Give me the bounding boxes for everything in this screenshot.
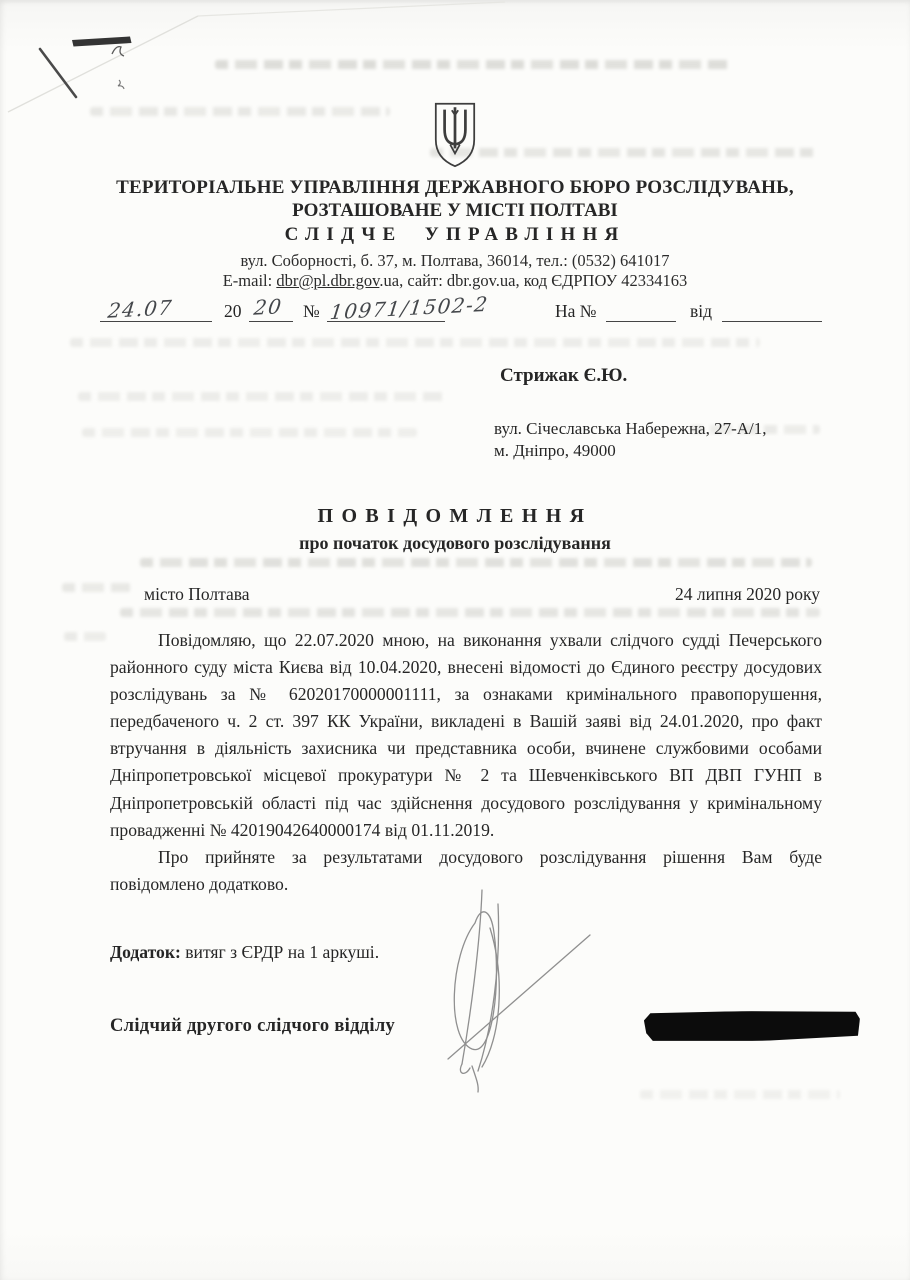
attachment-label: Додаток: [110, 942, 181, 962]
pen-check-mark [112, 47, 124, 56]
ghost-text-line [215, 60, 730, 69]
handwritten-signature [420, 888, 605, 1093]
org-name-line2: РОЗТАШОВАНЕ У МІСТІ ПОЛТАВІ [0, 199, 910, 222]
scan-edge-bar [72, 37, 132, 47]
incoming-date-label: від [690, 301, 712, 322]
incoming-number-label: На № [555, 301, 596, 322]
document-body: Повідомляю, що 22.07.2020 мною, на викон… [110, 627, 822, 898]
document-title: ПОВІДОМЛЕННЯ [0, 505, 910, 528]
attachment-text: витяг з ЄРДР на 1 аркуші. [181, 942, 379, 962]
ghost-text-line [90, 107, 390, 116]
ukraine-trident-emblem-icon [431, 95, 479, 175]
signer-title: Слідчий другого слідчого відділу [110, 1016, 395, 1037]
body-paragraph-1: Повідомляю, що 22.07.2020 мною, на викон… [110, 627, 822, 844]
reference-line: 24.07 20 20 № 10971/1502-2 На № від [100, 299, 840, 335]
ghost-text-line [140, 558, 812, 567]
recipient-address: вул. Січеславська Набережна, 27-А/1, м. … [494, 418, 767, 462]
ghost-text-line [120, 608, 820, 617]
handwritten-outgoing-number: 10971/1502-2 [329, 292, 491, 324]
place-date-row: місто Полтава 24 липня 2020 року [144, 584, 820, 605]
ghost-text-line [78, 392, 448, 401]
recipient-address-line1: вул. Січеславська Набережна, 27-А/1, [494, 418, 767, 440]
org-postal-address: вул. Соборності, б. 37, м. Полтава, 3601… [0, 251, 910, 270]
pen-speck [118, 80, 124, 89]
ghost-text-line [430, 148, 815, 157]
attachment-line: Додаток: витяг з ЄРДР на 1 аркуші. [110, 942, 379, 963]
site-and-code: .ua, сайт: dbr.gov.ua, код ЄДРПОУ 423341… [379, 271, 687, 290]
document-date: 24 липня 2020 року [675, 584, 820, 605]
ghost-text-line [640, 1090, 840, 1099]
paper-crease-line [8, 16, 198, 112]
handwritten-date: 24.07 [107, 295, 175, 323]
handwritten-year: 20 [253, 294, 284, 320]
paper-crease-line [198, 2, 505, 16]
email-label: E-mail: [223, 271, 277, 290]
recipient-name: Стрижак Є.Ю. [500, 365, 627, 387]
org-department-line: СЛІДЧЕ УПРАВЛІННЯ [0, 223, 910, 247]
ghost-text-line [62, 583, 132, 592]
ghost-text-line [64, 632, 106, 641]
ghost-text-line [82, 428, 417, 437]
recipient-address-line2: м. Дніпро, 49000 [494, 440, 767, 462]
document-place: місто Полтава [144, 584, 250, 605]
org-name-line1: ТЕРИТОРІАЛЬНЕ УПРАВЛІННЯ ДЕРЖАВНОГО БЮРО… [0, 176, 910, 199]
ghost-text-line [70, 338, 760, 347]
letterhead: ТЕРИТОРІАЛЬНЕ УПРАВЛІННЯ ДЕРЖАВНОГО БЮРО… [0, 176, 910, 290]
incoming-date-blank [722, 299, 822, 322]
scanned-document-page: ТЕРИТОРІАЛЬНЕ УПРАВЛІННЯ ДЕРЖАВНОГО БЮРО… [0, 0, 910, 1280]
org-contact-line: E-mail: dbr@pl.dbr.gov.ua, сайт: dbr.gov… [0, 271, 910, 290]
redacted-name-bar [644, 1010, 860, 1042]
number-sign: № [303, 301, 320, 322]
year-prefix: 20 [224, 301, 242, 322]
incoming-number-blank [606, 299, 676, 322]
document-subtitle: про початок досудового розслідування [0, 533, 910, 554]
scan-diagonal-mark [40, 49, 76, 97]
email-address-link[interactable]: dbr@pl.dbr.gov [276, 271, 379, 290]
